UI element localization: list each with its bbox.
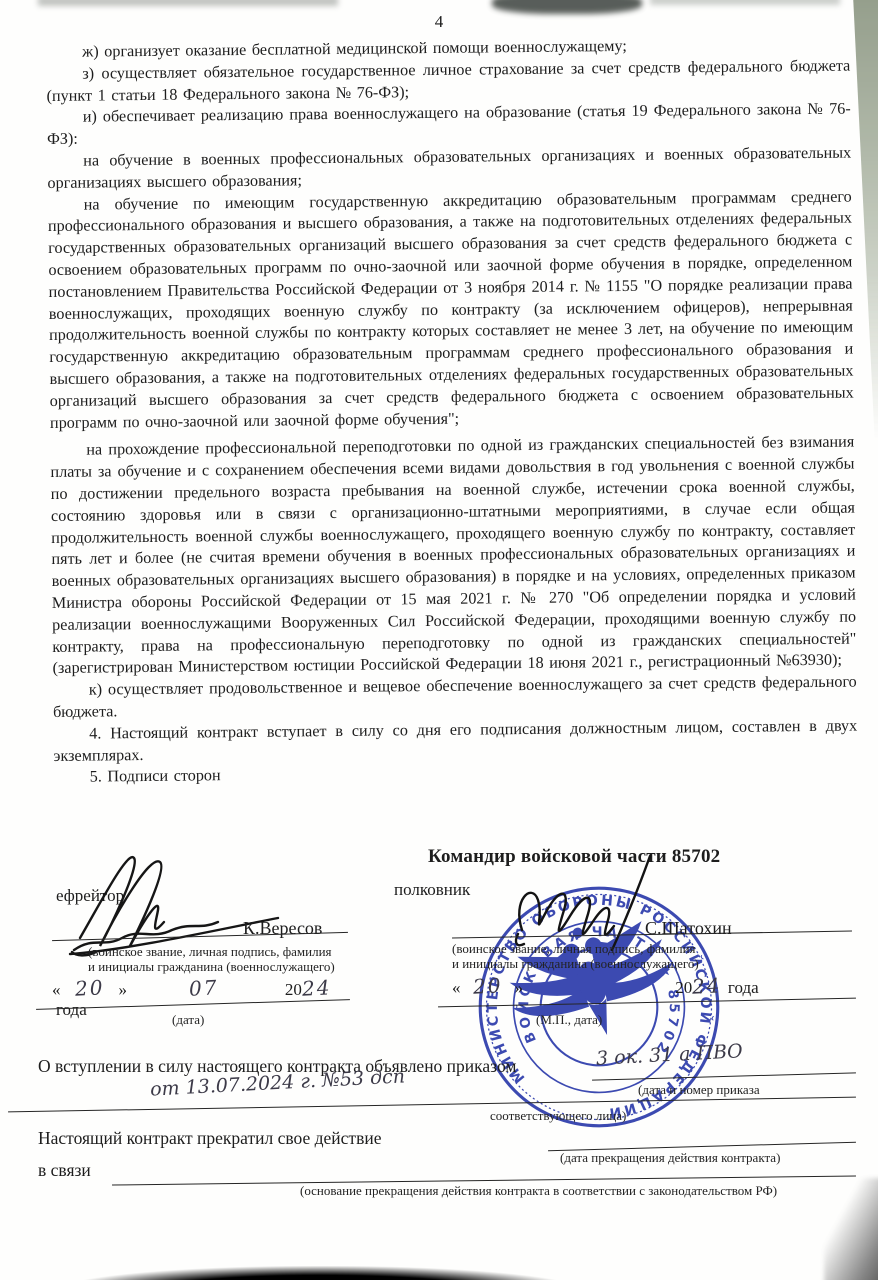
name-left: К.Вересов bbox=[243, 918, 322, 939]
effective-order-line-2 bbox=[8, 1097, 856, 1113]
scan-corner-shadow bbox=[824, 1178, 878, 1280]
year-handwritten-right: 24 bbox=[692, 973, 723, 999]
year-printed-left: 20 bbox=[285, 980, 302, 1000]
month-handwritten-left: 07 bbox=[189, 975, 220, 1001]
year-word-right: года bbox=[728, 978, 759, 998]
paragraph-retraining: на прохождение профессиональной переподг… bbox=[50, 432, 856, 680]
quote-open: « bbox=[452, 978, 461, 998]
quote-close: » bbox=[514, 978, 523, 998]
year-handwritten-left: 24 bbox=[301, 975, 332, 1001]
scan-smudge bbox=[650, 0, 840, 5]
day-handwritten-right: 20 bbox=[472, 973, 503, 999]
page-number: 4 bbox=[0, 12, 878, 32]
year-word-left: года bbox=[56, 1000, 87, 1020]
reason-caption: (основание прекращения действия контракт… bbox=[300, 1183, 777, 1198]
quote-close: » bbox=[118, 980, 127, 1000]
scan-bottom-shadow bbox=[60, 1266, 580, 1280]
scan-smudge bbox=[38, 0, 338, 6]
name-right: С.Шатохин bbox=[645, 918, 732, 939]
effective-order-caption-1: (дата и номер приказа bbox=[638, 1082, 760, 1097]
contract-body: ж) организует оказание бесплатной медици… bbox=[46, 34, 858, 789]
effective-order-caption-2: соответствующего лица) bbox=[490, 1108, 626, 1123]
rank-left: ефрейтор bbox=[56, 886, 124, 906]
scanned-contract-page: 4 ж) организует оказание бесплатной меди… bbox=[0, 0, 878, 1280]
year-printed-right: 20 bbox=[675, 978, 692, 998]
date-caption-right: (М.П., дата) bbox=[536, 1012, 602, 1027]
date-row-right: « 20 » 2024 года bbox=[452, 974, 856, 998]
paragraph-education-2: на обучение по имеющим государственную а… bbox=[48, 186, 854, 434]
terminated-caption: (дата прекращения действия контракта) bbox=[560, 1150, 780, 1165]
reason-label: в связи bbox=[38, 1160, 91, 1181]
date-caption-left: (дата) bbox=[172, 1012, 204, 1027]
terminated-label: Настоящий контракт прекратил свое действ… bbox=[38, 1128, 381, 1149]
day-handwritten-left: 20 bbox=[74, 975, 105, 1001]
signature-caption-left: (воинское звание, личная подпись, фамили… bbox=[88, 944, 335, 974]
signature-caption-right: (воинское звание, личная подпись, фамили… bbox=[452, 941, 699, 971]
rank-right: полковник bbox=[394, 880, 470, 900]
quote-open: « bbox=[52, 980, 61, 1000]
